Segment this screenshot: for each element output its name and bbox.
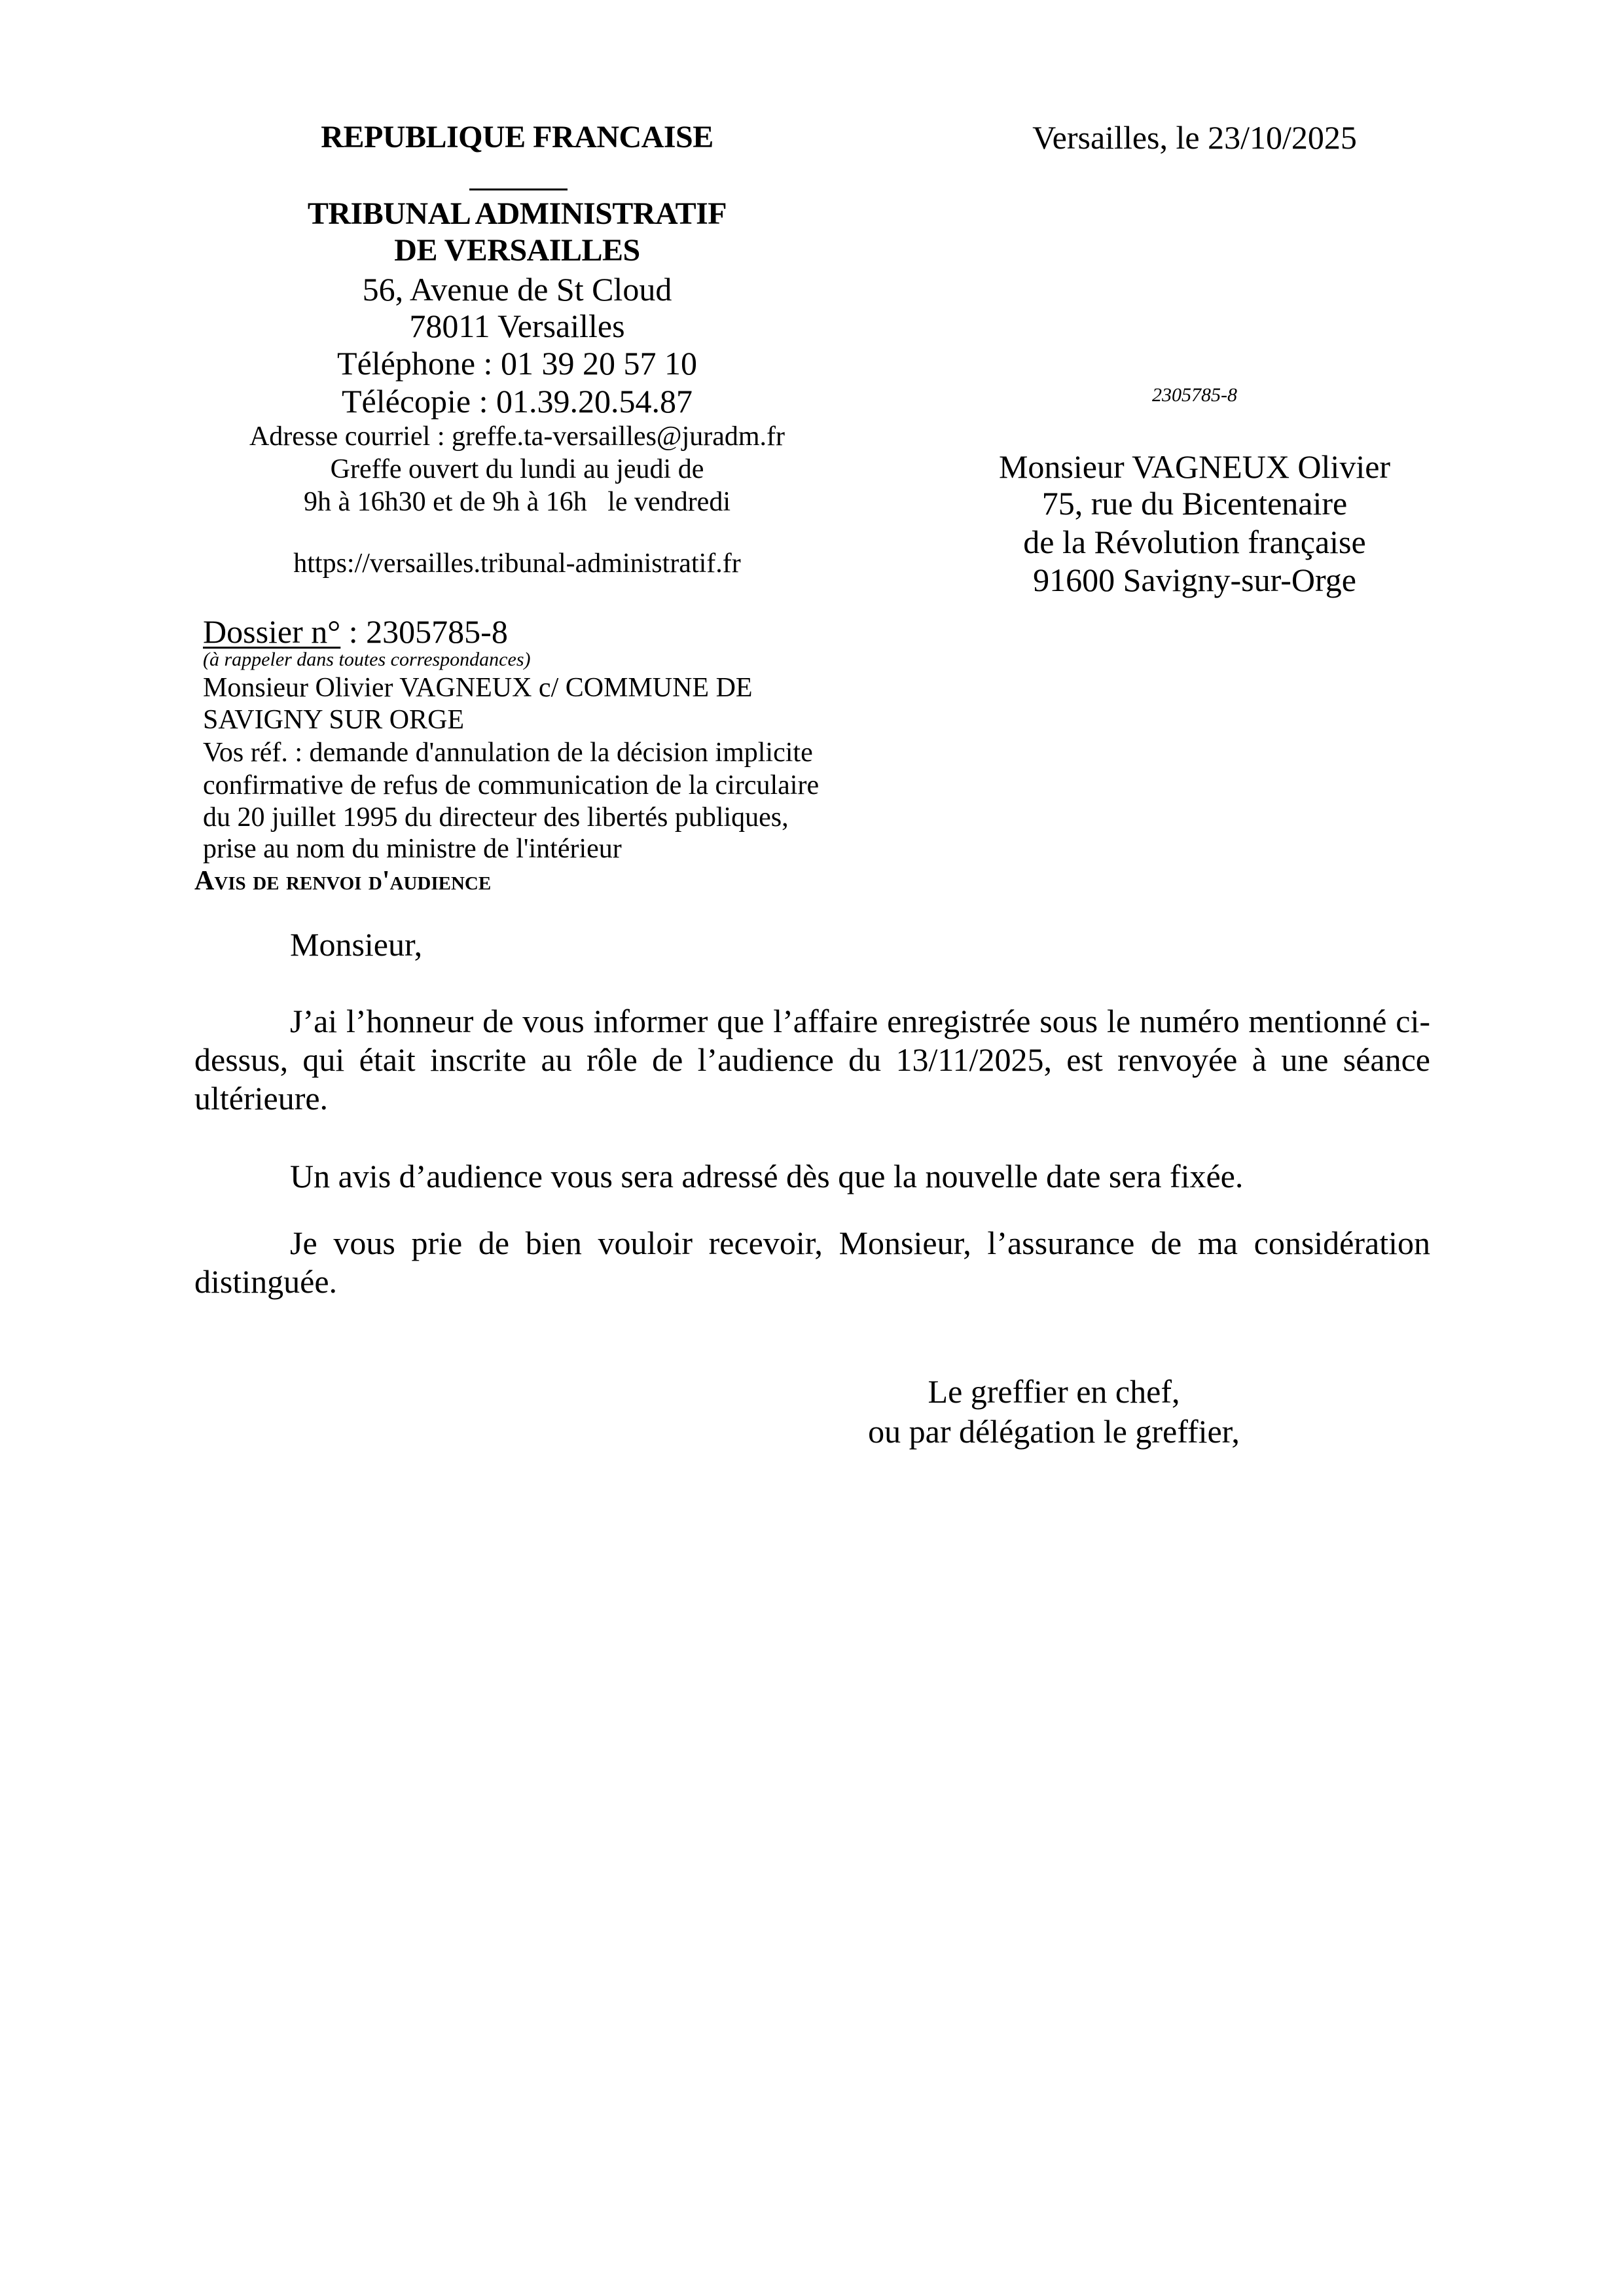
- dossier-number: 2305785-8: [366, 613, 508, 650]
- letter-date: Versailles, le 23/10/2025: [933, 118, 1456, 156]
- country-heading: REPUBLIQUE FRANCAISE: [190, 119, 844, 156]
- court-address-city: 78011 Versailles: [190, 307, 844, 345]
- body-paragraph: Un avis d’audience vous sera adressé dès…: [194, 1157, 1430, 1196]
- court-website: https://versailles.tribunal-administrati…: [190, 548, 844, 579]
- recipient-city: 91600 Savigny-sur-Orge: [933, 561, 1456, 599]
- dossier-parties-line1: Monsieur Olivier VAGNEUX c/ COMMUNE DE: [203, 672, 753, 704]
- header-divider: [469, 188, 568, 190]
- reference-code: 2305785-8: [933, 384, 1456, 407]
- court-fax: Télécopie : 01.39.20.54.87: [190, 382, 844, 420]
- dossier-ref-line: prise au nom du ministre de l'intérieur: [203, 833, 622, 865]
- recipient-street: 75, rue du Bicentenaire: [933, 484, 1456, 522]
- body-paragraph: J’ai l’honneur de vous informer que l’af…: [194, 1002, 1430, 1118]
- salutation: Monsieur,: [290, 925, 422, 963]
- court-email: Adresse courriel : greffe.ta-versailles@…: [190, 421, 844, 452]
- dossier-number-line: Dossier n° : 2305785-8: [203, 613, 508, 651]
- notice-title: Avis de renvoi d'audience: [194, 865, 491, 897]
- dossier-separator: :: [340, 613, 366, 650]
- body-paragraph: Je vous prie de bien vouloir recevoir, M…: [194, 1224, 1430, 1301]
- court-hours-line1: Greffe ouvert du lundi au jeudi de: [190, 454, 844, 485]
- dossier-ref-line: confirmative de refus de communication d…: [203, 770, 819, 801]
- signature-line1: Le greffier en chef,: [792, 1372, 1316, 1412]
- court-phone: Téléphone : 01 39 20 57 10: [190, 344, 844, 382]
- court-address-street: 56, Avenue de St Cloud: [190, 270, 844, 308]
- dossier-reminder: (à rappeler dans toutes correspondances): [203, 648, 530, 672]
- dossier-ref-line: du 20 juillet 1995 du directeur des libe…: [203, 802, 789, 833]
- court-name-line2: DE VERSAILLES: [190, 232, 844, 269]
- recipient-street2: de la Révolution française: [933, 523, 1456, 561]
- recipient-name: Monsieur VAGNEUX Olivier: [933, 448, 1456, 486]
- court-name-line1: TRIBUNAL ADMINISTRATIF: [190, 196, 844, 232]
- signature-block: Le greffier en chef, ou par délégation l…: [792, 1372, 1316, 1452]
- signature-line2: ou par délégation le greffier,: [792, 1412, 1316, 1452]
- dossier-ref-line: Vos réf. : demande d'annulation de la dé…: [203, 737, 813, 768]
- court-hours-line2: 9h à 16h30 et de 9h à 16h le vendredi: [190, 486, 844, 518]
- dossier-parties-line2: SAVIGNY SUR ORGE: [203, 704, 464, 736]
- letter-page: REPUBLIQUE FRANCAISE TRIBUNAL ADMINISTRA…: [0, 0, 1624, 2296]
- dossier-label: Dossier n°: [203, 613, 340, 650]
